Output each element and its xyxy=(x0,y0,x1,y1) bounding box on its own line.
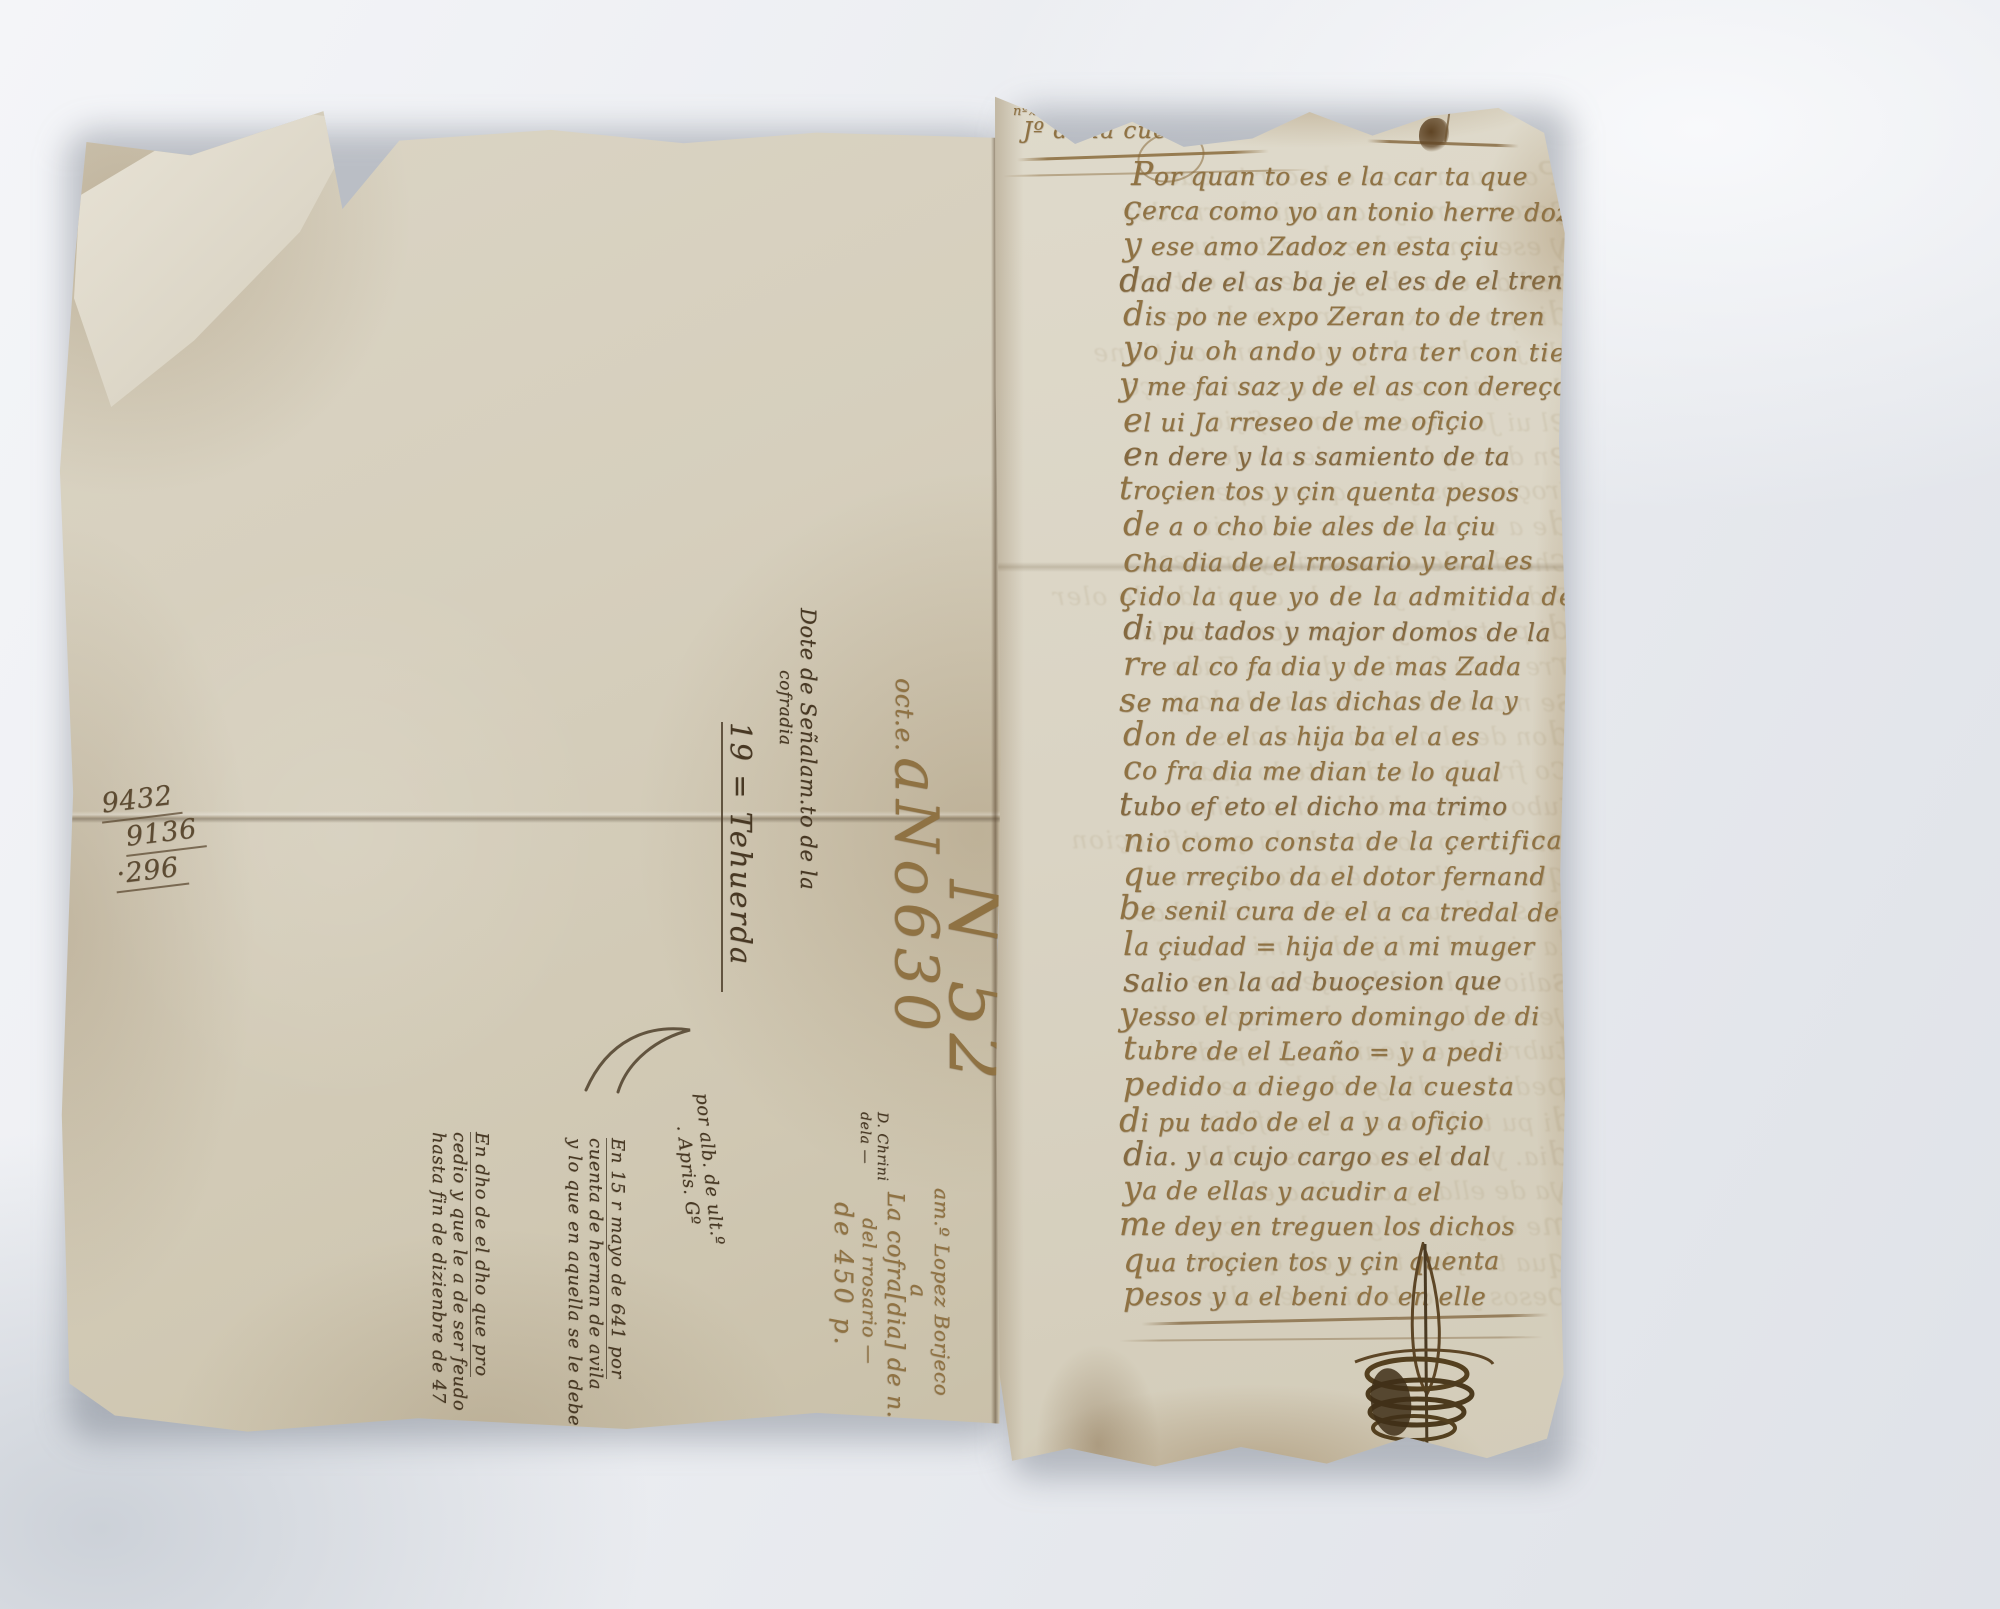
month-abbrev: oct.e. xyxy=(890,678,919,751)
manuscript-line: dia. y a cujo cargo es el dal xyxy=(1123,1136,1569,1171)
manuscript-line: me dey en treguen los dichos xyxy=(1119,1206,1569,1241)
dho-line-3: hasta fin de dizienbre de 47 xyxy=(427,1132,449,1411)
photo-backdrop: 94329136·296 nº 38. N 52 oct.e. aNo630 D… xyxy=(0,0,2000,1609)
manuscript-line: y ese amo Zadoz en esta çiu xyxy=(1123,226,1569,261)
spine-note-dho: En dho de el dho que pro cedio y que le … xyxy=(427,1132,492,1411)
manuscript-line: tubo ef eto el dicho ma trimo xyxy=(1119,786,1569,821)
lopez-line-1: am.º Lopez Borjeco xyxy=(930,1188,954,1396)
manuscript-line: que rreçibo da el dotor fernand xyxy=(1123,856,1569,891)
manuscript-line: la çiudad = hija de a mi muger xyxy=(1123,926,1569,961)
manuscript-line: ya de ellas y acudir a el xyxy=(1123,1170,1569,1207)
spine-note-chini: D. Chrini dela — xyxy=(856,1112,890,1181)
chini-line-1: D. Chrini xyxy=(873,1112,890,1181)
manuscript-line: dad de el as ba je el es de el tren xyxy=(1119,260,1569,298)
dote-line-2: cofradia xyxy=(774,608,794,890)
manuscript-line: nio como consta de la çertificaçion xyxy=(1123,820,1569,858)
manuscript-body: Por quan to es e la car ta queçerca como… xyxy=(1123,156,1569,1311)
arithmetic-note: 94329136·296 xyxy=(104,776,211,894)
manuscript-line: se ma na de las dichas de la y xyxy=(1119,680,1569,718)
manuscript-line: el ui Ja rreseo de me ofiçio xyxy=(1123,400,1569,438)
spine-note-dote: Dote de Señalam.to de la cofradia xyxy=(774,608,820,890)
dho-line-2: cedio y que le a de ser feudo xyxy=(449,1132,471,1411)
manuscript-line: çerca como yo an tonio herre doz xyxy=(1123,190,1569,227)
manuscript-line: salio en la ad buoçesion que xyxy=(1123,960,1569,998)
dote-line-1: Dote de Señalam.to de la xyxy=(795,608,820,890)
manuscript-line: pedido a diego de la cuesta xyxy=(1123,1066,1569,1101)
amount-line: 19 = Tehuerda xyxy=(721,722,758,992)
manuscript-line: be senil cura de el a ca tredal de xyxy=(1119,890,1569,927)
manuscript-line: en dere y la s samiento de ta xyxy=(1123,436,1569,471)
year-number: aNo630 xyxy=(881,757,951,1038)
mayo-line-2: cuenta de hernan de avila xyxy=(585,1138,607,1426)
manuscript-line: co fra dia me dian te lo qual xyxy=(1123,750,1569,787)
dho-line-1: En dho de el dho que pro xyxy=(470,1132,492,1377)
right-page: nºx Jº de la cuessa Por quan to es e la … xyxy=(995,80,1567,1472)
manuscript-line: di pu tados y major domos de la xyxy=(1123,610,1569,647)
spine-note-lopez: am.º Lopez Borjeco a xyxy=(904,1188,954,1396)
cofradia-line-1: La cofra[dia] de n.ra xyxy=(880,1192,908,1444)
chini-line-2: dela — xyxy=(856,1112,873,1181)
manuscript-line: dis po ne expo Zeran to de tren xyxy=(1123,296,1569,331)
torn-corner-flap xyxy=(74,105,360,407)
spine-note-year: oct.e. aNo630 xyxy=(880,678,952,1038)
left-leaf: 94329136·296 nº 38. N 52 oct.e. aNo630 D… xyxy=(58,95,1006,1437)
cofradia-line-3: de 450 p. xyxy=(828,1192,858,1444)
manuscript-line: yo ju oh ando y otra ter con tiene xyxy=(1123,330,1569,367)
paraph-flourish-icon xyxy=(578,1020,698,1100)
spine-note-mayo: En 15 r mayo de 641 por cuenta de hernan… xyxy=(563,1138,628,1426)
cofradia-line-2: del rrosario — xyxy=(858,1192,881,1444)
manuscript-line: çido la que yo de la admitida de oler xyxy=(1119,576,1569,611)
manuscript-line: y me fai saz y de el as con dereço xyxy=(1119,366,1569,401)
mayo-line-3: y lo que en aquella se le debe xyxy=(563,1138,585,1426)
manuscript-line: cha dia de el rrosario y eral es xyxy=(1123,540,1569,578)
spine-note-amount: 19 = Tehuerda xyxy=(721,722,758,992)
manuscript-line: di pu tado de el a y a ofiçio xyxy=(1119,1100,1569,1138)
spine-note-albacea: por alb. de ult.º . Apris. Gº xyxy=(669,1092,728,1249)
manuscript-line: de a o cho bie ales de la çiu xyxy=(1123,506,1569,541)
manuscript-line: tubre de el Leaño = y a pedi xyxy=(1123,1030,1569,1067)
manuscript-line: don de el as hija ba el a es xyxy=(1123,716,1569,751)
manuscript-line: yesso el primero domingo de di xyxy=(1119,996,1569,1031)
manuscript-line: troçien tos y çin quenta pesos xyxy=(1119,470,1569,507)
notary-rubric-icon xyxy=(1345,1242,1505,1472)
arithmetic-line: ·296 xyxy=(113,849,189,893)
spine-note-cofradia: La cofra[dia] de n.ra del rrosario — de … xyxy=(828,1192,908,1444)
mayo-line-1: En 15 r mayo de 641 por xyxy=(606,1138,628,1379)
manuscript-line: Por quan to es e la car ta que xyxy=(1119,156,1569,191)
manuscript-line: rre al co fa dia y de mas Zada xyxy=(1123,646,1569,681)
